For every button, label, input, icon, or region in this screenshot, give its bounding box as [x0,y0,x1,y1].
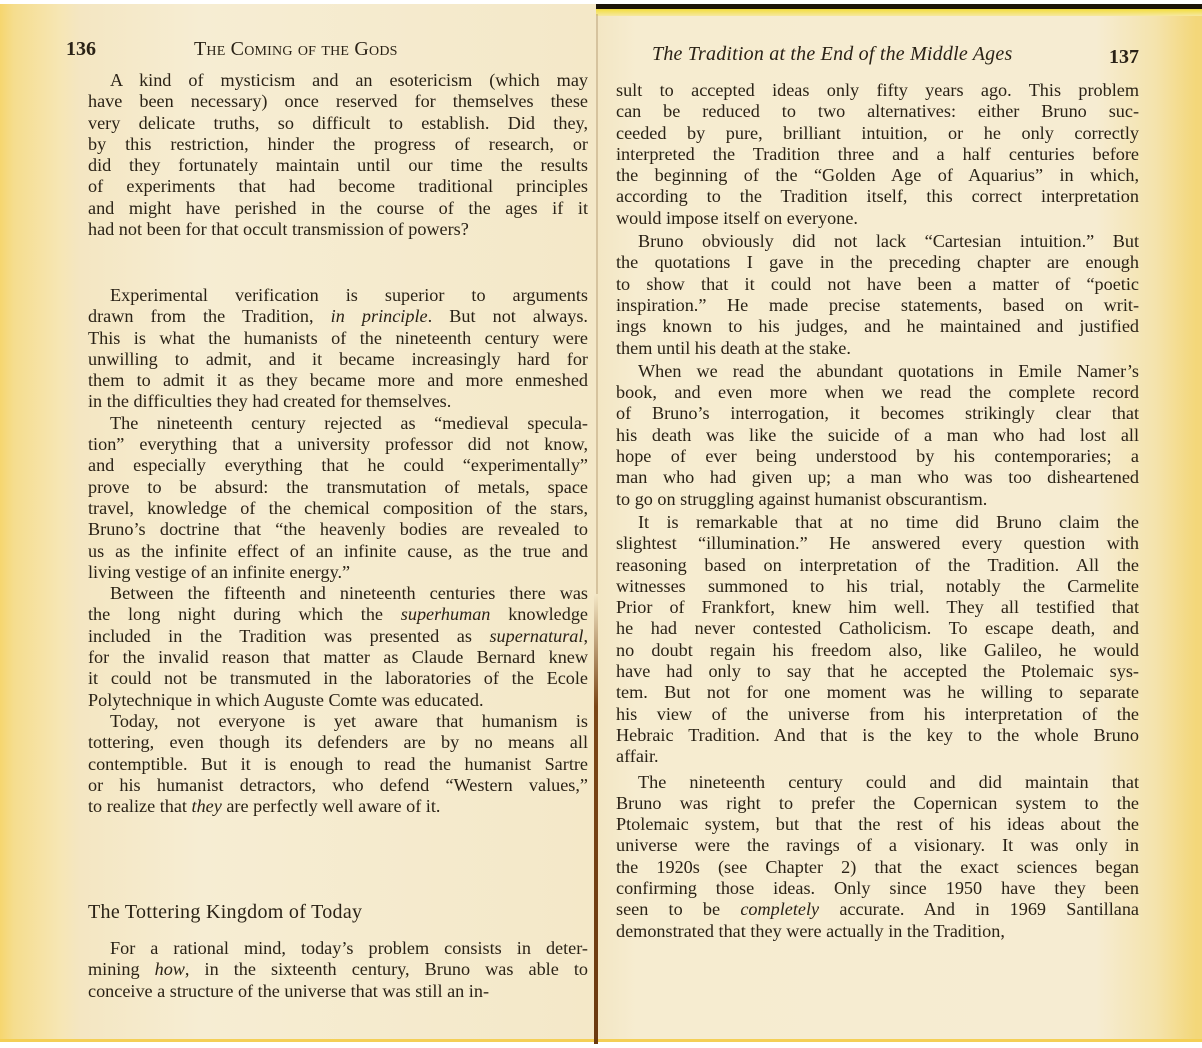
paragraph: Today, not everyone is yet aware that hu… [88,711,588,817]
text-line: This is what the humanists of the ninete… [88,328,588,349]
text-line: can be reduced to two alternatives: eith… [616,101,1139,122]
left-text-main: Experimental verification is superior to… [88,285,588,817]
text-line: witnesses summoned to his trial, notably… [616,576,1139,597]
text-line: ceeded by pure, brilliant intuition, or … [616,123,1139,144]
paragraph: Experimental verification is superior to… [88,285,588,413]
text-line: very delicate truths, so difficult to es… [88,113,588,134]
text-line: for the invalid reason that matter as Cl… [88,647,588,668]
text-line: Bruno’s doctrine that “the heavenly bodi… [88,519,588,540]
gutter-fold [594,594,598,1044]
paragraph: The nineteenth century could and did mai… [616,772,1139,942]
text-line: have had only to say that he accepted th… [616,661,1139,682]
text-line: did they fortunately maintain until our … [88,155,588,176]
paragraph: sult to accepted ideas only fifty years … [616,80,1139,229]
gutter-shadow [596,14,598,594]
text-line: seen to be completely accurate. And in 1… [616,899,1139,920]
text-line: confirming those ideas. Only since 1950 … [616,878,1139,899]
text-line: in the difficulties they had created for… [88,391,588,412]
text-line: the quotations I gave in the preceding c… [616,252,1139,273]
paragraph: For a rational mind, today’s problem con… [88,938,588,1002]
text-line: or his humanist detractors, who defend “… [88,775,588,796]
text-line: demonstrated that they were actually in … [616,921,1139,942]
text-line: to show that it could not have been a ma… [616,274,1139,295]
text-line: Bruno was right to prefer the Copernican… [616,793,1139,814]
text-line: contemptible. But it is enough to read t… [88,754,588,775]
text-line: sult to accepted ideas only fifty years … [616,80,1139,101]
text-line: slightest “illumination.” He answered ev… [616,533,1139,554]
text-line: travel, knowledge of the chemical compos… [88,498,588,519]
text-line: tion” everything that a university profe… [88,434,588,455]
text-line: and especially everything that he could … [88,455,588,476]
text-line: For a rational mind, today’s problem con… [88,938,588,959]
section-heading: The Tottering Kingdom of Today [88,901,362,924]
text-line: Bruno obviously did not lack “Cartesian … [616,231,1139,252]
text-line: affair. [616,746,1139,767]
text-line: Today, not everyone is yet aware that hu… [88,711,588,732]
text-line: Between the fifteenth and nineteenth cen… [88,583,588,604]
text-line: he had never contested Catholicism. To e… [616,618,1139,639]
text-line: by this restriction, hinder the progress… [88,134,588,155]
text-line: conceive a structure of the universe tha… [88,981,588,1002]
text-line: tottering, even though its defenders are… [88,732,588,753]
text-line: the long night during which the superhum… [88,604,588,625]
text-line: A kind of mysticism and an esotericism (… [88,70,588,91]
text-line: mining how, in the sixteenth century, Br… [88,959,588,980]
text-line: of experiments that had become tradition… [88,176,588,197]
text-line: to go on struggling against humanist obs… [616,489,1139,510]
text-line: his death was like the suicide of a man … [616,425,1139,446]
left-page: 136 The Coming of the Gods A kind of mys… [0,4,596,1042]
text-line: interpreted the Tradition three and a ha… [616,144,1139,165]
text-line: the 1920s (see Chapter 2) that the exact… [616,857,1139,878]
text-line: us as the infinite effect of an infinite… [88,541,588,562]
page-number-left: 136 [66,38,96,61]
text-line: The nineteenth century rejected as “medi… [88,413,588,434]
text-line: had not been for that occult transmissio… [88,219,588,240]
text-line: no doubt regain his freedom also, like G… [616,640,1139,661]
text-line: inspiration.” He made precise statements… [616,295,1139,316]
left-text-top: A kind of mysticism and an esotericism (… [88,70,588,240]
paragraph: Bruno obviously did not lack “Cartesian … [616,231,1139,359]
text-line: living vestige of an infinite energy.” [88,562,588,583]
left-text-after-heading: For a rational mind, today’s problem con… [88,938,588,1002]
text-line: have been necessary) once reserved for t… [88,91,588,112]
text-line: to realize that they are perfectly well … [88,796,588,817]
text-line: would impose itself on everyone. [616,208,1139,229]
text-line: reasoning based on interpretation of the… [616,555,1139,576]
text-line: Polytechnique in which Auguste Comte was… [88,690,588,711]
text-line: them to admit it as they became more and… [88,370,588,391]
text-line: The nineteenth century could and did mai… [616,772,1139,793]
paragraph: The nineteenth century rejected as “medi… [88,413,588,583]
right-page: The Tradition at the End of the Middle A… [596,4,1202,1042]
text-line: the beginning of the “Golden Age of Aqua… [616,165,1139,186]
text-line: hope of ever being understood by his con… [616,446,1139,467]
text-line: When we read the abundant quotations in … [616,361,1139,382]
paragraph: Between the fifteenth and nineteenth cen… [88,583,588,711]
running-head-right: The Tradition at the End of the Middle A… [652,43,1012,66]
text-line: tem. But not for one moment was he willi… [616,682,1139,703]
page-number-right: 137 [1109,46,1139,69]
text-line: universe were the ravings of a visionary… [616,835,1139,856]
paragraph: When we read the abundant quotations in … [616,361,1139,510]
text-line: included in the Tradition was presented … [88,626,588,647]
text-line: unwilling to admit, and it became increa… [88,349,588,370]
text-line: drawn from the Tradition, in principle. … [88,306,588,327]
text-line: of Bruno’s interrogation, it becomes str… [616,403,1139,424]
text-line: prove to be absurd: the transmutation of… [88,477,588,498]
text-line: man who had given up; a man who was too … [616,467,1139,488]
text-line: ings known to his judges, and he maintai… [616,316,1139,337]
paragraph: It is remarkable that at no time did Bru… [616,512,1139,768]
text-line: It is remarkable that at no time did Bru… [616,512,1139,533]
running-head-left: The Coming of the Gods [194,38,398,61]
text-line: them until his death at the stake. [616,338,1139,359]
book-spread: 136 The Coming of the Gods A kind of mys… [0,4,1202,1042]
text-line: according to the Tradition itself, this … [616,186,1139,207]
page-top-edge [596,9,1202,16]
text-line: Experimental verification is superior to… [88,285,588,306]
paragraph: A kind of mysticism and an esotericism (… [88,70,588,240]
text-line: Prior of Frankfort, knew him well. They … [616,597,1139,618]
text-line: Hebraic Tradition. And that is the key t… [616,725,1139,746]
text-line: Ptolemaic system, but that the rest of h… [616,814,1139,835]
text-line: book, and even more when we read the com… [616,382,1139,403]
text-line: his view of the universe from his interp… [616,704,1139,725]
right-text-main: sult to accepted ideas only fifty years … [616,80,1139,942]
text-line: it could not be transmuted in the labora… [88,668,588,689]
text-line: and might have perished in the course of… [88,198,588,219]
